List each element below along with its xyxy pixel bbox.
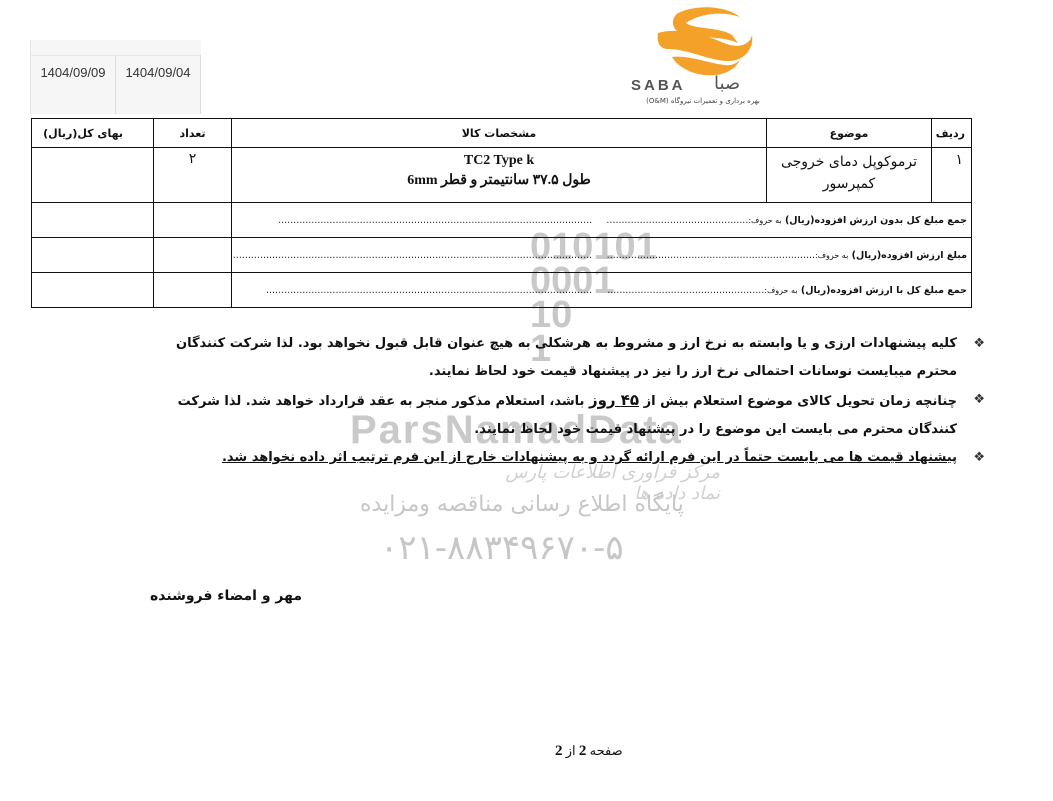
- diamond-bullet-icon: ❖: [973, 330, 985, 358]
- cell-row-no: ۱: [932, 148, 972, 203]
- notes-list: ❖ کلیه پیشنهادات ارزی و یا وابسته به نرخ…: [140, 330, 985, 472]
- spec-line-2: طول ۳۷.۵ سانتیمتر و قطر 6mm: [232, 171, 766, 191]
- summary-value-cell[interactable]: [32, 238, 154, 273]
- date-strip: 1404/09/09 1404/09/04: [30, 40, 201, 114]
- table-row: ۱ ترموکوپل دمای خروجی کمپرسور TC2 Type k…: [32, 148, 972, 203]
- logo-text-fa: صبا: [714, 73, 740, 94]
- summary-digits[interactable]: ........................................…: [232, 250, 592, 261]
- note-item: ❖ پیشنهاد قیمت ها می بایست حتماً در این …: [140, 444, 985, 472]
- summary-digits[interactable]: ........................................…: [232, 285, 592, 296]
- logo-subtitle: بهره برداری و تعمیرات نیروگاه (O&M): [628, 97, 778, 105]
- saba-globe-icon: [628, 5, 778, 77]
- diamond-bullet-icon: ❖: [973, 386, 985, 414]
- cell-total-price[interactable]: [32, 148, 154, 203]
- logo-text-en: SABA: [631, 77, 686, 94]
- note-highlight-days: ۴۵ روز: [589, 391, 639, 409]
- cell-spec: TC2 Type k طول ۳۷.۵ سانتیمتر و قطر 6mm: [232, 148, 767, 203]
- cell-qty: ۲: [154, 148, 232, 203]
- table-header-row: ردیف موضوع مشخصات کالا تعداد بهای کل(ریا…: [32, 119, 972, 148]
- diamond-bullet-icon: ❖: [973, 444, 985, 472]
- summary-value-cell[interactable]: [32, 203, 154, 238]
- summary-words[interactable]: مبلغ ارزش افزوده(ریال) به حروف:.........…: [607, 250, 967, 261]
- summary-qty-empty: [154, 273, 232, 308]
- summary-row-vat: مبلغ ارزش افزوده(ریال) به حروف:.........…: [32, 238, 972, 273]
- seller-signature-label: مهر و امضاء فروشنده: [150, 588, 302, 604]
- note-text: کلیه پیشنهادات ارزی و یا وابسته به نرخ ا…: [176, 336, 957, 379]
- summary-row-without-vat: جمع مبلغ کل بدون ارزش افزوده(ریال) به حر…: [32, 203, 972, 238]
- cell-subject: ترموکوپل دمای خروجی کمپرسور: [767, 148, 932, 203]
- note-text-before: چنانچه زمان تحویل کالای موضوع استعلام بی…: [644, 394, 957, 409]
- summary-value-cell[interactable]: [32, 273, 154, 308]
- page-number: صفحه 2 از 2: [555, 743, 623, 760]
- summary-text: جمع مبلغ کل بدون ارزش افزوده(ریال) به حر…: [232, 203, 972, 238]
- summary-text: جمع مبلغ کل با ارزش افزوده(ریال) به حروف…: [232, 273, 972, 308]
- header-qty: تعداد: [154, 119, 232, 148]
- items-table: ردیف موضوع مشخصات کالا تعداد بهای کل(ریا…: [31, 118, 972, 308]
- note-item: ❖ چنانچه زمان تحویل کالای موضوع استعلام …: [140, 386, 985, 444]
- watermark-phone: ۰۲۱-۸۸۳۴۹۶۷۰-۵: [380, 528, 624, 568]
- header-total-price: بهای کل(ریال): [32, 119, 154, 148]
- summary-words[interactable]: جمع مبلغ کل با ارزش افزوده(ریال) به حروف…: [607, 285, 967, 296]
- header-spec: مشخصات کالا: [232, 119, 767, 148]
- summary-text: مبلغ ارزش افزوده(ریال) به حروف:.........…: [232, 238, 972, 273]
- date-cell-2: 1404/09/04: [116, 55, 201, 114]
- watermark-line2: پایگاه اطلاع رسانی مناقصه ومزایده: [360, 492, 684, 517]
- spec-line-1: TC2 Type k: [232, 151, 766, 171]
- summary-qty-empty: [154, 238, 232, 273]
- company-logo: SABA صبا بهره برداری و تعمیرات نیروگاه (…: [628, 5, 778, 110]
- note-text: پیشنهاد قیمت ها می بایست حتماً در این فر…: [222, 450, 957, 465]
- date-cell-1: 1404/09/09: [31, 55, 116, 114]
- header-subject: موضوع: [767, 119, 932, 148]
- summary-qty-empty: [154, 203, 232, 238]
- summary-digits[interactable]: ........................................…: [232, 215, 592, 226]
- header-row-no: ردیف: [932, 119, 972, 148]
- summary-words[interactable]: جمع مبلغ کل بدون ارزش افزوده(ریال) به حر…: [607, 215, 967, 226]
- note-item: ❖ کلیه پیشنهادات ارزی و یا وابسته به نرخ…: [140, 330, 985, 386]
- summary-row-with-vat: جمع مبلغ کل با ارزش افزوده(ریال) به حروف…: [32, 273, 972, 308]
